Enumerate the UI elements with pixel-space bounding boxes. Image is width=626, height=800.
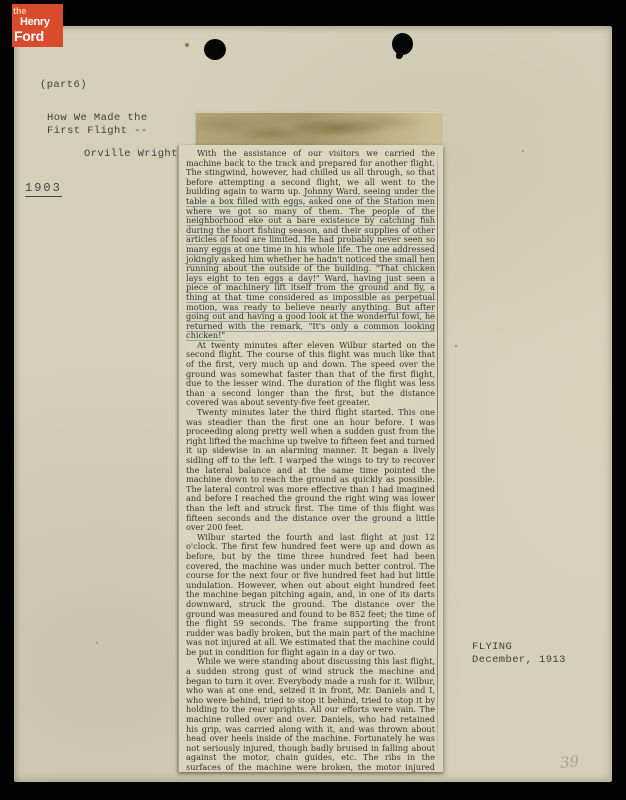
year-label: 1903 <box>25 181 62 197</box>
scan-background: (part6) How We Made the First Flight -- … <box>0 0 626 800</box>
henry-ford-logo: the Henry Ford <box>12 4 63 47</box>
paper-speck <box>522 150 524 152</box>
clipping-paragraph: While we were standing about discussing … <box>186 657 435 772</box>
logo-henry: Henry <box>20 17 63 28</box>
author-name: Orville Wright <box>84 148 178 160</box>
paper-speck <box>96 642 98 644</box>
clipping-paragraph: Twenty minutes later the third flight st… <box>186 408 435 533</box>
source-date: December, 1913 <box>472 654 566 666</box>
clipping-paragraph: With the assistance of our visitors we c… <box>186 149 435 341</box>
paper-speck <box>455 345 457 347</box>
document-title-line2: First Flight -- <box>47 125 148 137</box>
clipping-paragraph: At twenty minutes after eleven Wilbur st… <box>186 341 435 408</box>
document-title-line1: How We Made the <box>47 112 148 124</box>
pencil-underlined-passage: Johnny Ward, seeing under the table a bo… <box>186 186 435 340</box>
clipping-text: With the assistance of our visitors we c… <box>186 149 435 772</box>
source-title: FLYING <box>472 641 512 653</box>
clipping-paragraph: Wilbur started the fourth and last fligh… <box>186 533 435 658</box>
newspaper-clipping: With the assistance of our visitors we c… <box>178 145 443 772</box>
logo-ford: Ford <box>14 29 63 43</box>
paper-speck <box>185 43 189 47</box>
punch-hole-right <box>392 33 413 55</box>
punch-hole-left <box>204 39 226 60</box>
clipping-passage: Wilbur started the fourth and last fligh… <box>186 532 435 657</box>
clipping-passage: At twenty minutes after eleven Wilbur st… <box>186 340 435 408</box>
clipping-passage: While we were standing about discussing … <box>186 656 435 772</box>
part-label: (part6) <box>40 79 87 91</box>
clipping-stain <box>196 112 441 146</box>
clipping-passage: Twenty minutes later the third flight st… <box>186 407 435 532</box>
logo-the: the <box>13 7 63 16</box>
page-number-pencil: 39 <box>559 752 580 772</box>
